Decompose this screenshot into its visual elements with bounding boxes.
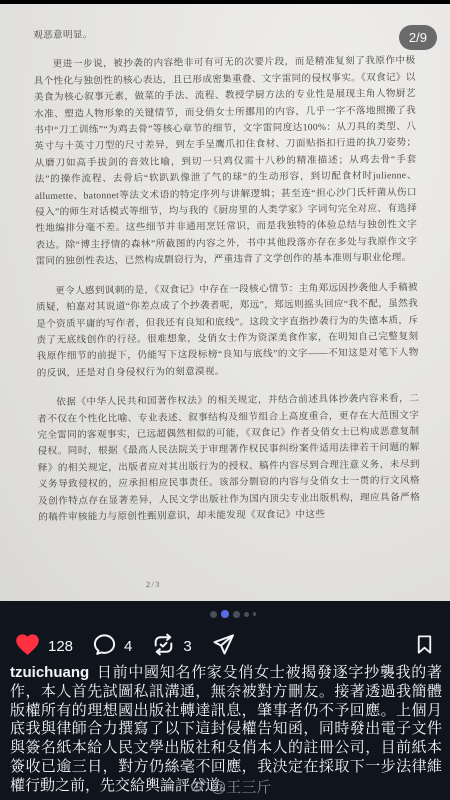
watermark: @王三斤 xyxy=(190,776,271,797)
document-paragraph: 更令人感到讽刺的是，《双食记》中存在一段核心情节：主角郑远因抄袭他人手稿被质疑，… xyxy=(36,280,419,382)
carousel-dot xyxy=(210,611,217,618)
threads-post-screen: 观恶意明显。 更进一步说，被抄袭的内容绝非可有可无的次要片段，而是精准复刻了我原… xyxy=(0,0,450,800)
carousel-dot xyxy=(253,612,257,616)
repost-count: 3 xyxy=(183,638,191,655)
action-bar: 128 4 3 xyxy=(0,628,450,664)
document-page-number: 2/3 xyxy=(146,580,161,589)
share-button[interactable] xyxy=(211,632,236,660)
heart-icon xyxy=(14,631,41,661)
repost-button[interactable]: 3 xyxy=(151,632,191,660)
like-count: 128 xyxy=(48,638,73,655)
carousel-photo[interactable]: 观恶意明显。 更进一步说，被抄袭的内容绝非可有可无的次要片段，而是精准复刻了我原… xyxy=(0,4,450,601)
share-icon xyxy=(211,632,236,660)
username[interactable]: tzuichuang xyxy=(10,664,89,681)
document-paragraph: 观恶意明显。 xyxy=(33,24,415,44)
document-paragraph: 更进一步说，被抄袭的内容绝非可有可无的次要片段，而是精准复刻了我原作中极具个性化… xyxy=(33,53,417,270)
weibo-icon xyxy=(190,776,207,797)
comment-count: 4 xyxy=(124,638,132,655)
like-button[interactable]: 128 xyxy=(14,631,73,661)
caption-text: 日前中國知名作家殳俏女士被揭發逐字抄襲我的著作，本人首先試圖私訊溝通，無奈被對方… xyxy=(10,664,442,794)
bookmark-button[interactable] xyxy=(413,632,436,660)
comment-button[interactable]: 4 xyxy=(92,632,132,660)
comment-icon xyxy=(92,632,117,660)
watermark-handle: @王三斤 xyxy=(211,776,271,797)
carousel-dot xyxy=(221,610,229,618)
document-paragraph: 依据《中华人民共和国著作权法》的相关规定，并结合前述具体抄袭内容来看，二者不仅在… xyxy=(37,391,420,526)
repost-icon xyxy=(151,632,176,660)
bookmark-icon xyxy=(413,632,436,660)
page-counter-badge: 2/9 xyxy=(399,25,437,50)
carousel-dot xyxy=(244,612,249,617)
document-text: 观恶意明显。 更进一步说，被抄袭的内容绝非可有可无的次要片段，而是精准复刻了我原… xyxy=(33,24,421,573)
carousel-dot xyxy=(233,611,240,618)
carousel-dots xyxy=(0,608,450,620)
